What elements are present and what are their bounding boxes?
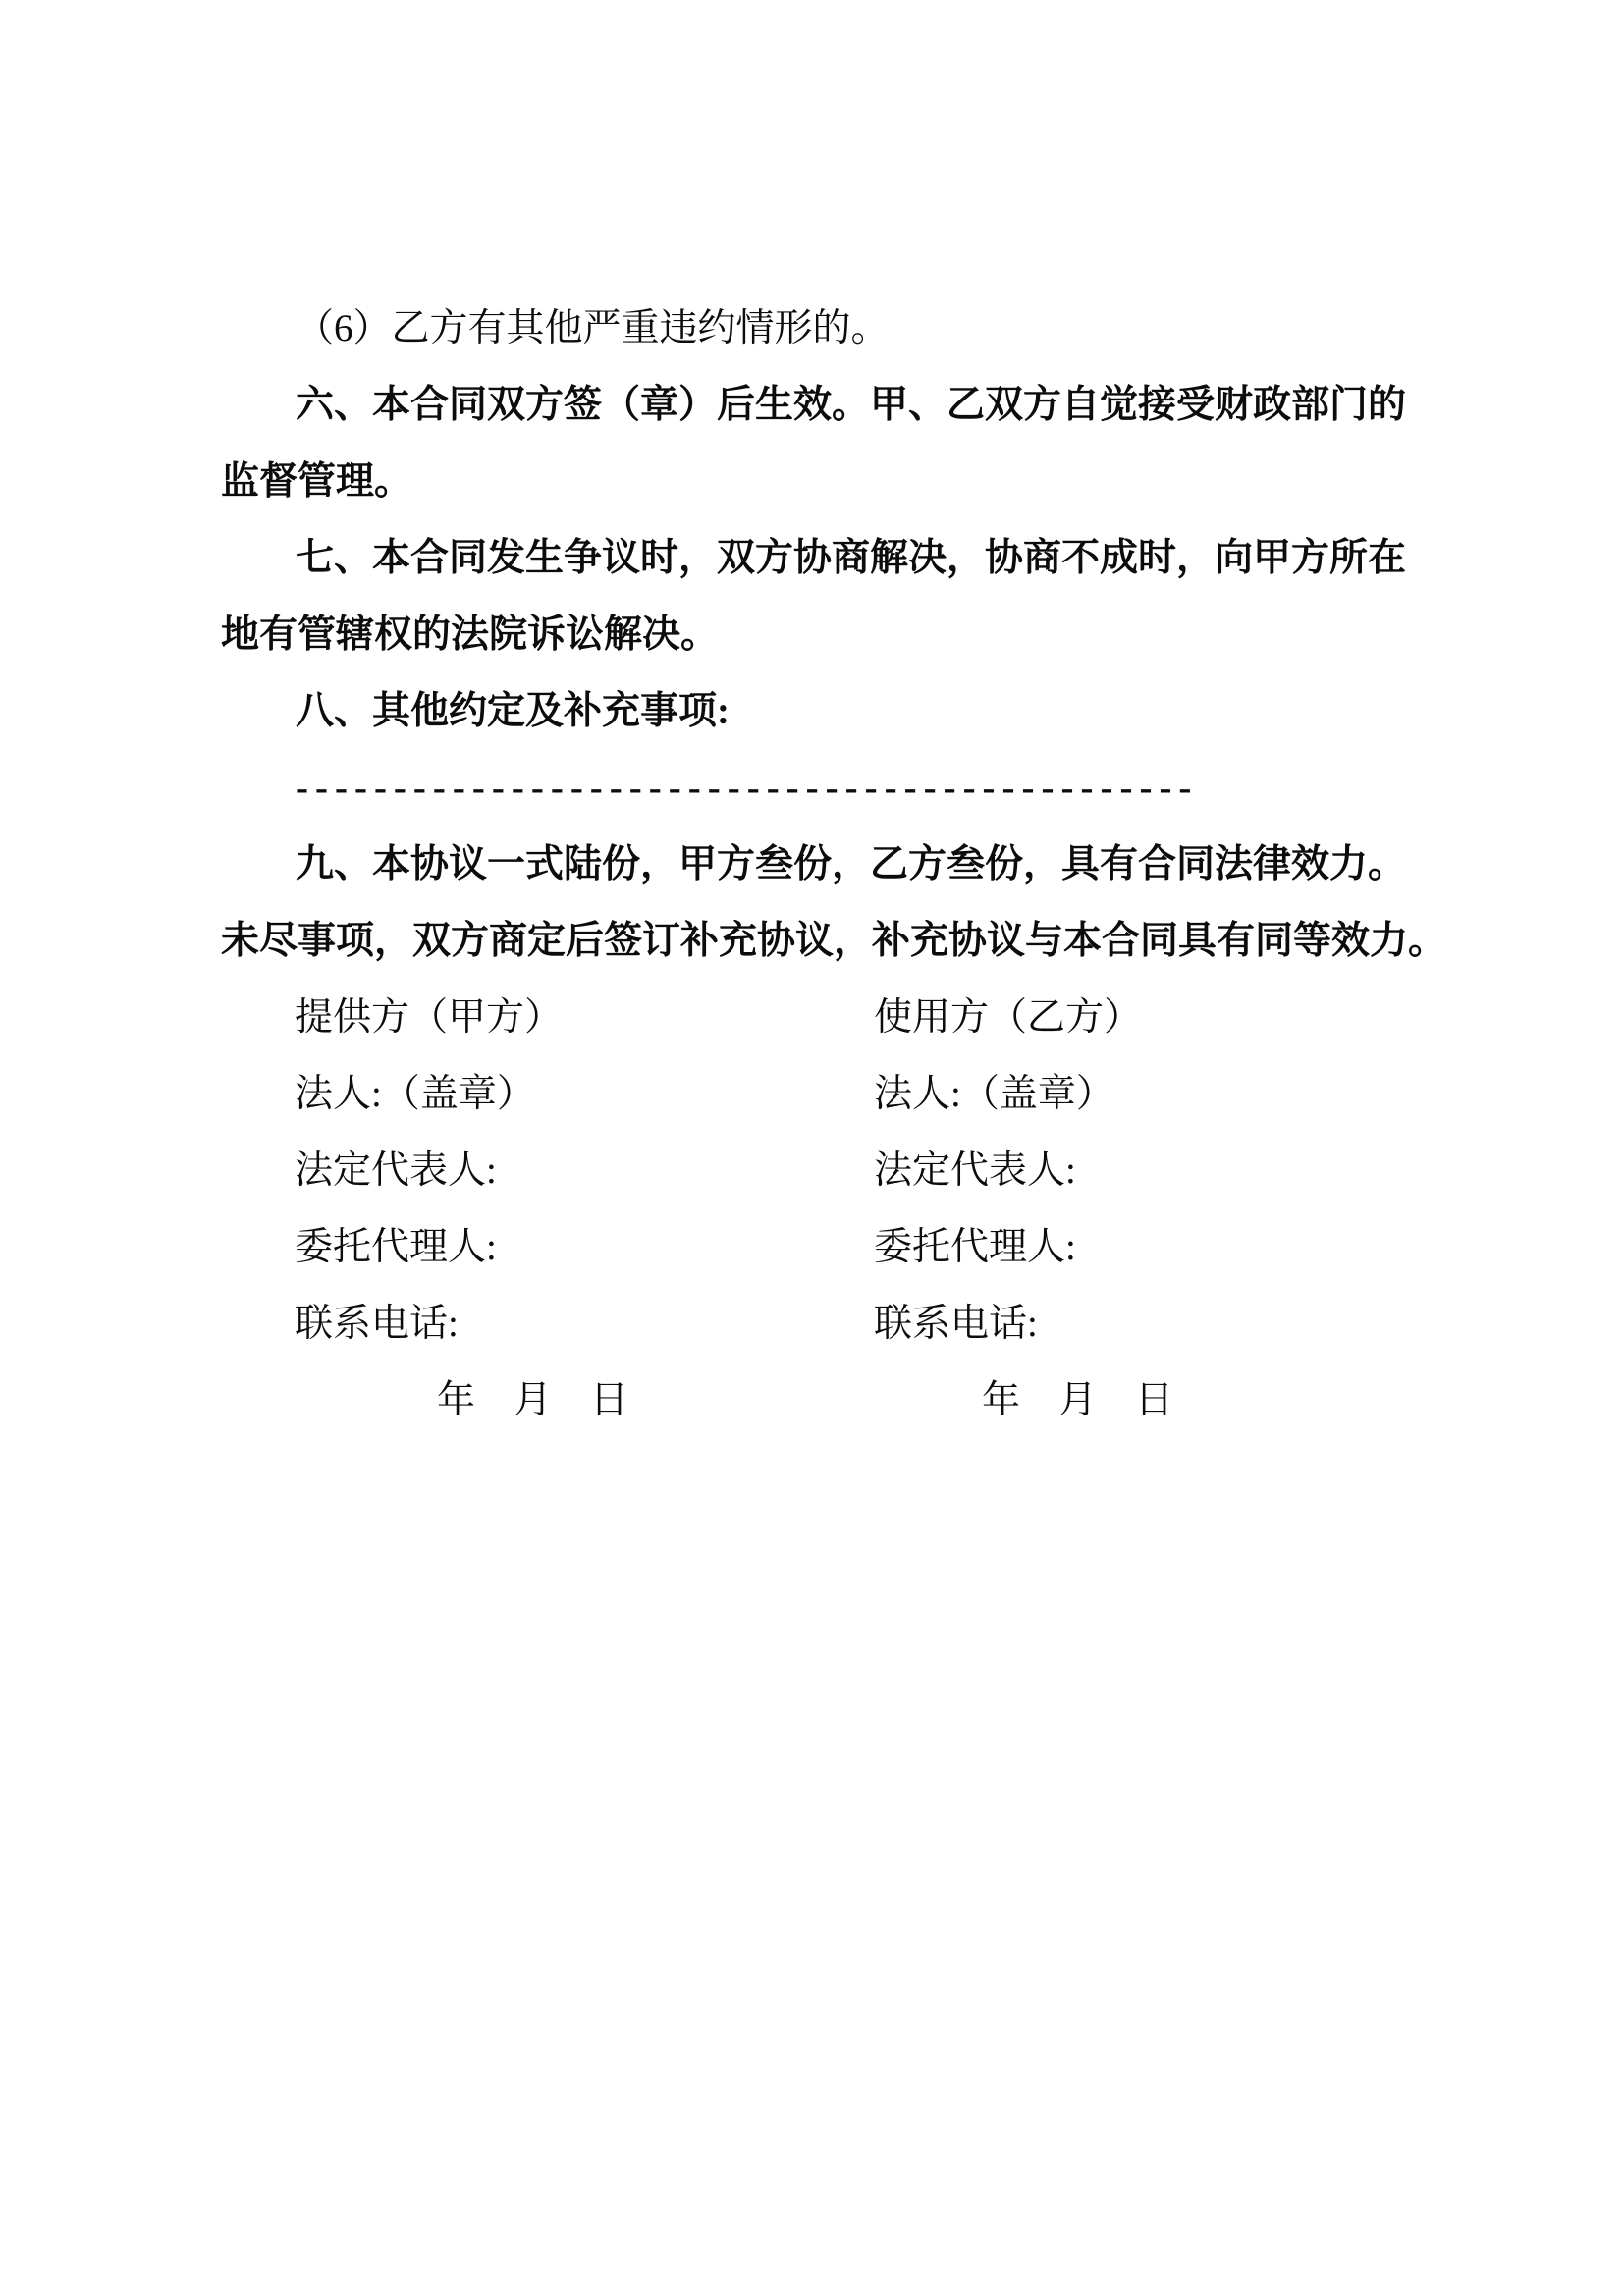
contract-document-page: （6）乙方有其他严重违约情形的。 六、本合同双方签（章）后生效。甲、乙双方自觉接… (0, 0, 1624, 2296)
party-a-title: 提供方（甲方） (221, 980, 874, 1056)
party-b-title: 使用方（乙方） (874, 980, 1414, 1056)
party-a-legal-rep: 法定代表人: (221, 1133, 874, 1209)
party-a-date: 年 月 日 (221, 1362, 874, 1439)
party-b-phone: 联系电话: (874, 1286, 1414, 1362)
article-nine-line-2: 未尽事项，双方商定后签订补充协议，补充协议与本合同具有同等效力。 (221, 903, 1414, 980)
party-a-agent: 委托代理人: (221, 1209, 874, 1286)
party-a-phone: 联系电话: (221, 1286, 874, 1362)
clause-item-6: （6）乙方有其他严重违约情形的。 (221, 291, 1414, 367)
article-eight: 八、其他约定及补充事项: (221, 673, 1414, 750)
party-b-legal-rep: 法定代表人: (874, 1133, 1414, 1209)
signature-row-agent: 委托代理人: 委托代理人: (221, 1209, 1414, 1286)
party-a-legal-seal: 法人:（盖章） (221, 1056, 874, 1133)
signature-row-title: 提供方（甲方） 使用方（乙方） (221, 980, 1414, 1056)
contract-body: （6）乙方有其他严重违约情形的。 六、本合同双方签（章）后生效。甲、乙双方自觉接… (221, 291, 1414, 1439)
article-nine-line-1: 九、本协议一式陆份，甲方叁份，乙方叁份，具有合同法律效力。 (221, 827, 1414, 903)
article-six-line-1: 六、本合同双方签（章）后生效。甲、乙双方自觉接受财政部门的 (221, 367, 1414, 444)
signature-row-date: 年 月 日 年 月 日 (221, 1362, 1414, 1439)
party-b-date: 年 月 日 (874, 1362, 1414, 1439)
signature-row-phone: 联系电话: 联系电话: (221, 1286, 1414, 1362)
article-seven-line-2: 地有管辖权的法院诉讼解决。 (221, 597, 1414, 673)
party-b-legal-seal: 法人:（盖章） (874, 1056, 1414, 1133)
article-seven-line-1: 七、本合同发生争议时，双方协商解决，协商不成时，向甲方所在 (221, 520, 1414, 597)
signature-row-legal-seal: 法人:（盖章） 法人:（盖章） (221, 1056, 1414, 1133)
party-b-agent: 委托代理人: (874, 1209, 1414, 1286)
dashed-divider: ----------------------------------------… (221, 750, 1414, 827)
signature-row-legal-rep: 法定代表人: 法定代表人: (221, 1133, 1414, 1209)
article-six-line-2: 监督管理。 (221, 444, 1414, 520)
